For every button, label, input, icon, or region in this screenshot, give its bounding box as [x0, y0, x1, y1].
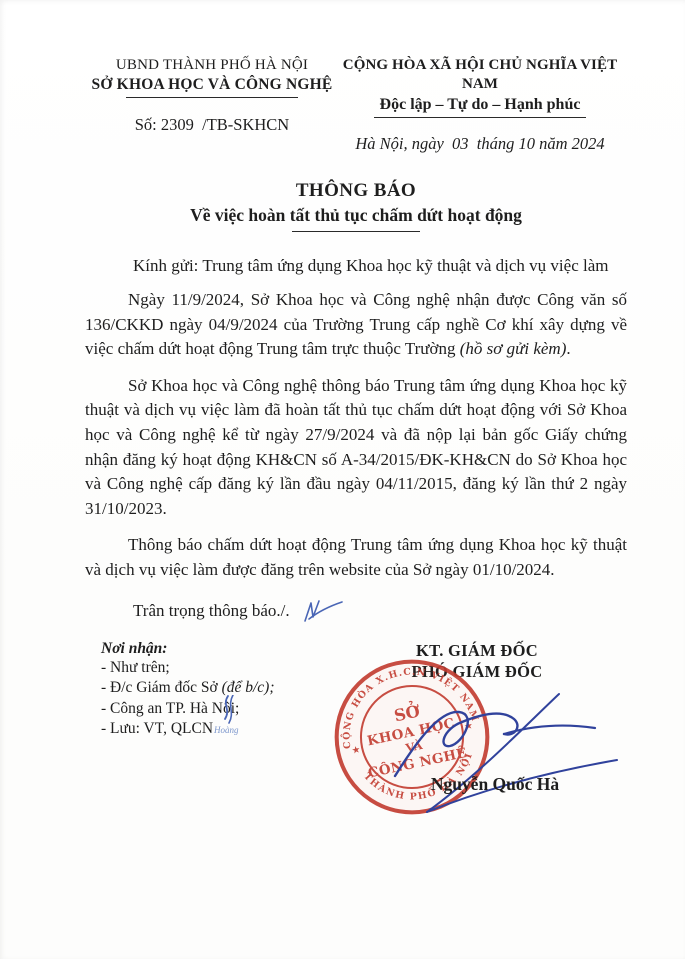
national-block: CỘNG HÒA XÃ HỘI CHỦ NGHĨA VIỆT NAM Độc l…	[333, 56, 627, 154]
document-footer: Nơi nhận: - Như trên; - Đ/c Giám đốc Sở …	[85, 640, 627, 870]
recipient-line: Kính gửi: Trung tâm ứng dụng Khoa học kỹ…	[85, 256, 627, 276]
issuer-underline	[126, 97, 298, 98]
document-header: UBND THÀNH PHỐ HÀ NỘI SỞ KHOA HỌC VÀ CÔN…	[85, 56, 627, 154]
paragraph-3: Thông báo chấm dứt hoạt động Trung tâm ứ…	[85, 533, 627, 582]
recipient-item-2: - Đ/c Giám đốc Sở (để b/c);	[101, 678, 327, 699]
title-block: THÔNG BÁO Về việc hoàn tất thủ tục chấm …	[85, 180, 627, 232]
document-subtitle: Về việc hoàn tất thủ tục chấm dứt hoạt đ…	[85, 205, 627, 226]
signature-block: KT. GIÁM ĐỐC PHÓ GIÁM ĐỐC CỘNG HÒA X.H.C…	[327, 640, 627, 870]
recipient-item-4-text: - Lưu: VT, QLCN	[101, 720, 213, 737]
document-page: UBND THÀNH PHỐ HÀ NỘI SỞ KHOA HỌC VÀ CÔN…	[0, 0, 685, 959]
handwritten-initial: Hoàng	[214, 725, 239, 735]
closing-line: Trân trọng thông báo./.	[85, 598, 627, 624]
recipients-heading: Nơi nhận:	[101, 640, 327, 658]
issuer-parent-org: UBND THÀNH PHỐ HÀ NỘI	[91, 56, 333, 75]
recipient-item-3: - Công an TP. Hà Nội;	[101, 699, 327, 720]
recipient-item-2-text: - Đ/c Giám đốc Sở	[101, 679, 222, 696]
title-underline	[292, 231, 420, 232]
issuer-org: SỞ KHOA HỌC VÀ CÔNG NGHỆ	[91, 75, 333, 95]
paragraph-1-period: .	[566, 339, 570, 358]
paragraph-2: Sở Khoa học và Công nghệ thông báo Trung…	[85, 374, 627, 522]
recipient-item-4: - Lưu: VT, QLCNHoàng	[101, 719, 327, 741]
ink-paraph-mark	[300, 598, 344, 624]
national-motto-line2: Độc lập – Tự do – Hạnh phúc	[333, 94, 627, 115]
handwritten-signature	[389, 684, 623, 821]
recipient-item-2-italic: (để b/c);	[222, 679, 275, 696]
paragraph-1: Ngày 11/9/2024, Sở Khoa học và Công nghệ…	[85, 288, 627, 362]
recipients-list: Nơi nhận: - Như trên; - Đ/c Giám đốc Sở …	[85, 640, 327, 870]
document-number: Số: 2309 /TB-SKHCN	[91, 115, 333, 135]
national-motto-line1: CỘNG HÒA XÃ HỘI CHỦ NGHĨA VIỆT NAM	[333, 56, 627, 94]
closing-text: Trân trọng thông báo./.	[133, 601, 290, 620]
paragraph-1-italic: (hồ sơ gửi kèm)	[460, 339, 567, 358]
signer-name: Nguyễn Quốc Hà	[327, 774, 627, 795]
motto-underline	[374, 117, 586, 118]
place-and-date: Hà Nội, ngày 03 tháng 10 năm 2024	[333, 134, 627, 154]
issuer-block: UBND THÀNH PHỐ HÀ NỘI SỞ KHOA HỌC VÀ CÔN…	[91, 56, 333, 135]
document-title: THÔNG BÁO	[85, 180, 627, 202]
recipient-item-1: - Như trên;	[101, 658, 327, 679]
